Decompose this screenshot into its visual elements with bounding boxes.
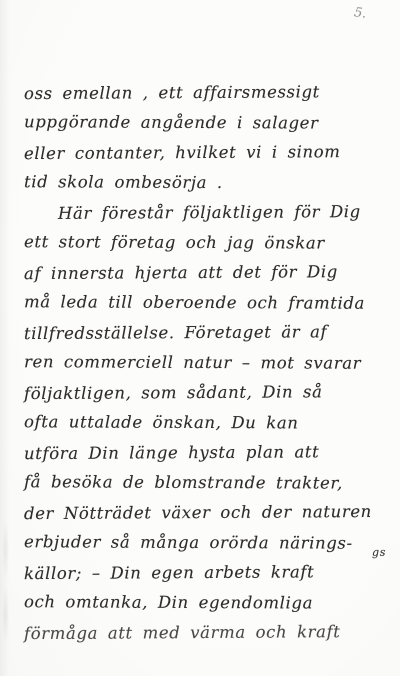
manuscript-line: och omtanka, Din egendomliga <box>24 587 382 619</box>
manuscript-line: utföra Din länge hysta plan att <box>24 437 382 469</box>
manuscript-line: följaktligen, som sådant, Din så <box>24 377 382 409</box>
manuscript-line: må leda till oberoende och framtida <box>24 287 382 319</box>
manuscript-line: källor; – Din egen arbets kraft <box>24 557 382 589</box>
scan-smudge <box>2 585 9 645</box>
manuscript-line: oss emellan , ett affairsmessigt <box>24 77 382 109</box>
manuscript-line: tillfredsställelse. Företaget är af <box>24 317 382 349</box>
manuscript-line-paragraph-start: Här förestår följaktligen för Dig <box>24 197 382 229</box>
manuscript-line: ofta uttalade önskan, Du kan <box>24 407 382 439</box>
manuscript-line: der Nötträdet växer och der naturen <box>24 497 382 529</box>
manuscript-line: få besöka de blomstrande trakter, <box>24 467 382 499</box>
manuscript-text: oss emellan , ett affairsmessigt uppgöra… <box>24 78 382 648</box>
manuscript-line: ren commerciell natur – mot svarar <box>24 347 382 379</box>
manuscript-line-text: erbjuder så många orörda närings- <box>24 532 353 552</box>
manuscript-line: ett stort företag och jag önskar <box>24 227 382 259</box>
manuscript-line: uppgörande angående i salager <box>24 107 382 139</box>
manuscript-line: förmåga att med värma och kraft <box>24 617 382 649</box>
page-number: 5. <box>353 5 367 22</box>
scan-smudge <box>2 520 9 580</box>
manuscript-line: eller contanter, hvilket vi i sinom <box>24 137 382 169</box>
manuscript-line: tid skola ombesörja . <box>24 167 382 199</box>
manuscript-page: 5. oss emellan , ett affairsmessigt uppg… <box>0 0 400 676</box>
manuscript-line: af innersta hjerta att det för Dig <box>24 257 382 289</box>
manuscript-line-with-insertion: erbjuder så många orörda närings- gs <box>24 527 382 559</box>
